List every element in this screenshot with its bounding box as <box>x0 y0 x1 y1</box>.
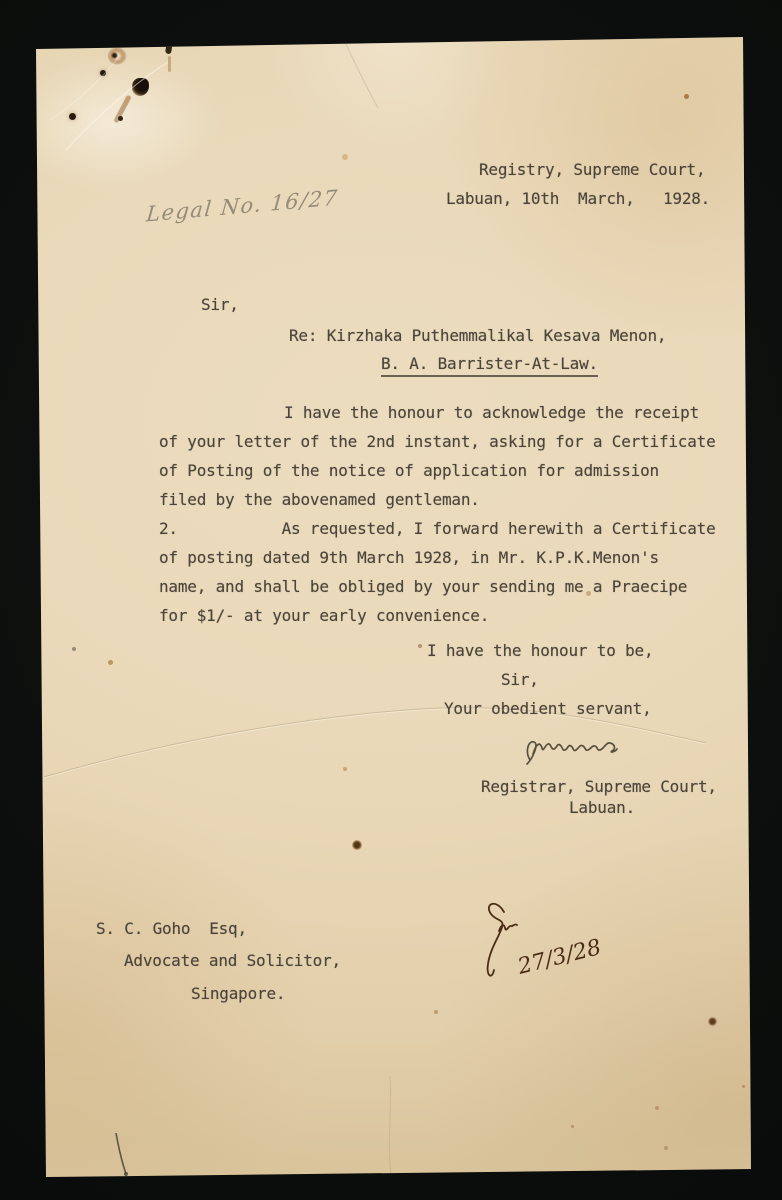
recipient-city-line: Singapore. <box>191 984 285 1003</box>
subject-title-line: B. A. Barrister-At-Law. <box>381 354 598 377</box>
paper-creases <box>0 0 782 1200</box>
received-ink-annotation: 27/3/28 <box>468 896 628 996</box>
valediction-line-3: Your obedient servant, <box>444 699 652 718</box>
received-date-text: 27/3/28 <box>514 935 603 980</box>
body-line: of Posting of the notice of application … <box>159 461 659 480</box>
body-line: of posting dated 9th March 1928, in Mr. … <box>159 548 659 567</box>
body-line: 2. As requested, I forward herewith a Ce… <box>159 519 716 538</box>
salutation: Sir, <box>201 295 239 314</box>
subject-re-line: Re: Kirzhaka Puthemmalikal Kesava Menon, <box>289 326 666 345</box>
body-line: filed by the abovenamed gentleman. <box>159 490 480 509</box>
body-line: of your letter of the 2nd instant, askin… <box>159 432 716 451</box>
letterhead-office-line: Registry, Supreme Court, <box>479 160 705 179</box>
signoff-place-line: Labuan. <box>569 798 635 817</box>
recipient-name-line: S. C. Goho Esq, <box>96 919 247 938</box>
pencil-stroke <box>116 1133 126 1174</box>
recipient-title-line: Advocate and Solicitor, <box>124 951 341 970</box>
signoff-role-line: Registrar, Supreme Court, <box>481 777 717 796</box>
valediction-line-2: Sir, <box>501 670 539 689</box>
letter-document: Legal No. 16/27 Registry, Supreme Court,… <box>0 0 782 1200</box>
valediction-line-1: I have the honour to be, <box>427 641 653 660</box>
photo-backdrop: Legal No. 16/27 Registry, Supreme Court,… <box>0 0 782 1200</box>
registrar-signature <box>520 722 625 770</box>
body-line: name, and shall be obliged by your sendi… <box>159 577 687 596</box>
body-line: for $1/- at your early convenience. <box>159 606 489 625</box>
body-line: I have the honour to acknowledge the rec… <box>284 403 699 422</box>
received-initials-scrawl <box>488 904 517 976</box>
letterhead-date-line: Labuan, 10th March, 1928. <box>446 189 710 208</box>
